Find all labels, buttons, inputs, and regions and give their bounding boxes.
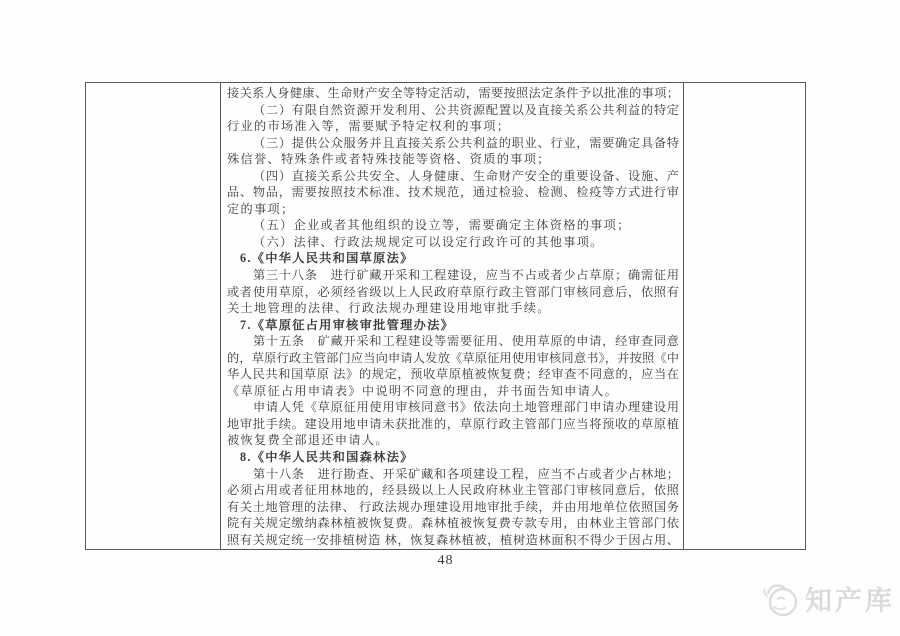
watermark-brand-text: 知产库: [805, 588, 895, 615]
text-line: 品、物品，需要按照技术标准、技术规范，通过检验、检测、检疫等方式进行审: [227, 184, 679, 201]
text-line: （五）企业或者其他组织的设立等，需要确定主体资格的事项；: [227, 217, 679, 234]
text-line: 接关系人身健康、生命财产安全等特定活动，需要按照法定条件予以批准的事项；: [227, 85, 679, 102]
text-line: 行业的市场准入等，需要赋予特定权利的事项；: [227, 118, 679, 135]
text-line: 照有关规定统一安排植树造 林，恢复森林植被，植树造林面积不得少于因占用、: [227, 532, 679, 549]
text-line: 院有关规定缴纳森林植被恢复费。森林植被恢复费专款专用，由林业主管部门依: [227, 515, 679, 532]
text-line: （四）直接关系公共安全、人身健康、生命财产安全的重要设备、设施、产: [227, 168, 679, 185]
text-line: 第三十八条 进行矿藏开采和工程建设，应当不占或者少占草原；确需征用: [227, 267, 679, 284]
document-page: 接关系人身健康、生命财产安全等特定活动，需要按照法定条件予以批准的事项；（二）有…: [0, 0, 900, 636]
text-line: 或者使用草原，必须经省级以上人民政府草原行政主管部门审核同意后，依照有: [227, 284, 679, 301]
text-line: 关土地管理的法律、行政法规办理建设用地审批手续。: [227, 300, 679, 317]
text-line: 8.《中华人民共和国森林法》: [227, 449, 679, 466]
document-table: 接关系人身健康、生命财产安全等特定活动，需要按照法定条件予以批准的事项；（二）有…: [85, 82, 806, 550]
text-line: 《草原征占用申请表》中说明不同意的理由，并书面告知申请人。: [227, 383, 679, 400]
document-text-column: 接关系人身健康、生命财产安全等特定活动，需要按照法定条件予以批准的事项；（二）有…: [227, 85, 679, 548]
text-line: （二）有限自然资源开发利用、公共资源配置以及直接关系公共利益的特定: [227, 102, 679, 119]
table-column-divider-left: [220, 83, 221, 549]
text-line: 地审批手续。建设用地申请未获批准的，草原行政主管部门应当将预收的草原植: [227, 416, 679, 433]
text-line: 6.《中华人民共和国草原法》: [227, 250, 679, 267]
table-column-divider-right: [683, 83, 684, 549]
text-line: （三）提供公众服务并且直接关系公共利益的职业、行业，需要确定具备特: [227, 135, 679, 152]
text-line: 申请人凭《草原征用使用审核同意书》依法向土地管理部门申请办理建设用: [227, 399, 679, 416]
text-line: 第十五条 矿藏开采和工程建设等需要征用、使用草原的申请，经审查同意: [227, 333, 679, 350]
text-line: 第十八条 进行勘查、开采矿藏和各项建设工程，应当不占或者少占林地；: [227, 466, 679, 483]
page-number: 48: [85, 553, 806, 569]
text-line: （六）法律、行政法规规定可以设定行政许可的其他事项。: [227, 234, 679, 251]
bird-logo-icon: [758, 579, 800, 624]
text-line: 有关土地管理的法律、 行政法规办理建设用地审批手续，并由用地单位依照国务: [227, 499, 679, 516]
text-line: 华人民共和国草原 法》的规定，预收草原植被恢复费；经审查不同意的，应当在: [227, 366, 679, 383]
text-line: 被恢复费全部退还申请人。: [227, 432, 679, 449]
text-line: 的，草原行政主管部门应当向申请人发放《草原征用使用审核同意书》，并按照《中: [227, 350, 679, 367]
zhichanku-watermark: 知产库: [758, 579, 895, 624]
text-line: 殊信誉、特殊条件或者特殊技能等资格、资质的事项；: [227, 151, 679, 168]
text-line: 必须占用或者征用林地的，经县级以上人民政府林业主管部门审核同意后，依照: [227, 482, 679, 499]
text-line: 7.《草原征占用审核审批管理办法》: [227, 317, 679, 334]
text-line: 定的事项；: [227, 201, 679, 218]
